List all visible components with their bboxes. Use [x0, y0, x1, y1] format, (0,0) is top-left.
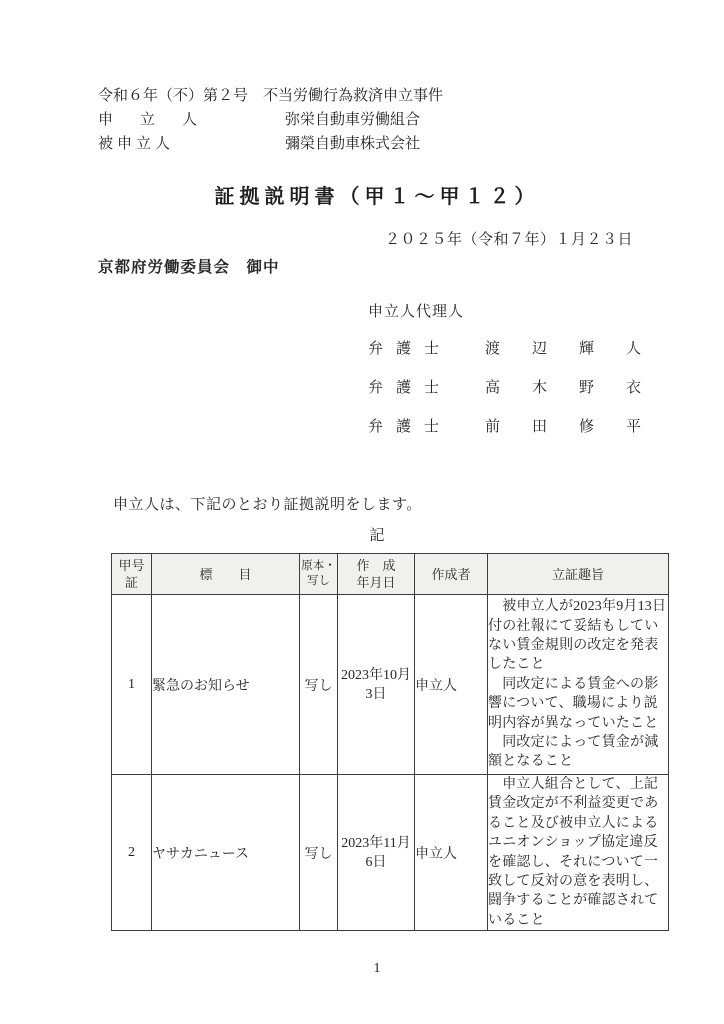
header-creation-date: 作 成 年月日	[338, 554, 415, 595]
party-line-respondent: 被申立人彌榮自動車株式会社	[98, 132, 443, 156]
evidence-table-header-row: 甲号 証 標 目 原本・ 写し 作 成 年月日 作成者 立証趣旨	[112, 554, 669, 595]
document-date: ２０２５年（令和７年）１月２３日	[385, 228, 633, 249]
cell-original-copy: 写し	[300, 775, 338, 931]
party-label: 申立人	[98, 108, 285, 132]
representative-heading: 申立人代理人	[368, 300, 464, 321]
case-number-line: 令和６年（不）第２号 不当労働行為救済申立事件	[98, 84, 443, 108]
party-line-claimant: 申立人弥栄自動車労働組合	[98, 108, 443, 132]
header-purpose: 立証趣旨	[488, 554, 669, 595]
cell-item: 緊急のお知らせ	[152, 595, 300, 775]
table-row: 2 ヤサカニュース 写し 2023年11月 6日 申立人 申立人組合として、上記…	[112, 775, 669, 931]
evidence-table: 甲号 証 標 目 原本・ 写し 作 成 年月日 作成者 立証趣旨 1 緊急のお知…	[111, 553, 669, 931]
lawyer-role: 弁護士	[368, 369, 485, 408]
case-header-block: 令和６年（不）第２号 不当労働行為救済申立事件 申立人弥栄自動車労働組合 被申立…	[98, 84, 443, 156]
header-author: 作成者	[415, 554, 488, 595]
cell-purpose: 申立人組合として、上記賃金改定が不利益変更であること及び被申立人によるユニオンシ…	[488, 775, 669, 931]
cell-item: ヤサカニュース	[152, 775, 300, 931]
cell-original-copy: 写し	[300, 595, 338, 775]
lawyer-list: 弁護士渡辺輝人 弁護士高木野衣 弁護士前田修平	[368, 330, 673, 447]
party-name: 弥栄自動車労働組合	[285, 112, 420, 128]
cell-exhibit-no: 2	[112, 775, 152, 931]
lawyer-name: 高木野衣	[485, 380, 673, 396]
addressee-line: 京都府労働委員会 御中	[98, 255, 280, 277]
lawyer-name: 前田修平	[485, 419, 673, 435]
header-original-copy: 原本・ 写し	[300, 554, 338, 595]
lawyer-role: 弁護士	[368, 330, 485, 369]
cell-creation-date: 2023年10月 3日	[338, 595, 415, 775]
cell-author: 申立人	[415, 595, 488, 775]
lawyer-row: 弁護士前田修平	[368, 408, 673, 447]
table-row: 1 緊急のお知らせ 写し 2023年10月 3日 申立人 被申立人が2023年9…	[112, 595, 669, 775]
header-exhibit-no: 甲号 証	[112, 554, 152, 595]
cell-creation-date: 2023年11月 6日	[338, 775, 415, 931]
document-title: 証拠説明書（甲１～甲１２）	[30, 180, 724, 209]
header-item: 標 目	[152, 554, 300, 595]
section-marker: 記	[30, 524, 724, 545]
lawyer-row: 弁護士渡辺輝人	[368, 330, 673, 369]
lawyer-name: 渡辺輝人	[485, 341, 673, 357]
party-label: 被申立人	[98, 132, 285, 156]
document-page: 令和６年（不）第２号 不当労働行為救済申立事件 申立人弥栄自動車労働組合 被申立…	[0, 0, 724, 1024]
party-name: 彌榮自動車株式会社	[285, 136, 420, 152]
cell-exhibit-no: 1	[112, 595, 152, 775]
lawyer-row: 弁護士高木野衣	[368, 369, 673, 408]
page-number: 1	[30, 961, 724, 977]
cell-purpose: 被申立人が2023年9月13日付の社報にて妥結もしていない賃金規則の改定を発表し…	[488, 595, 669, 775]
intro-sentence: 申立人は、下記のとおり証拠説明をします。	[98, 493, 422, 514]
lawyer-role: 弁護士	[368, 408, 485, 447]
cell-author: 申立人	[415, 775, 488, 931]
